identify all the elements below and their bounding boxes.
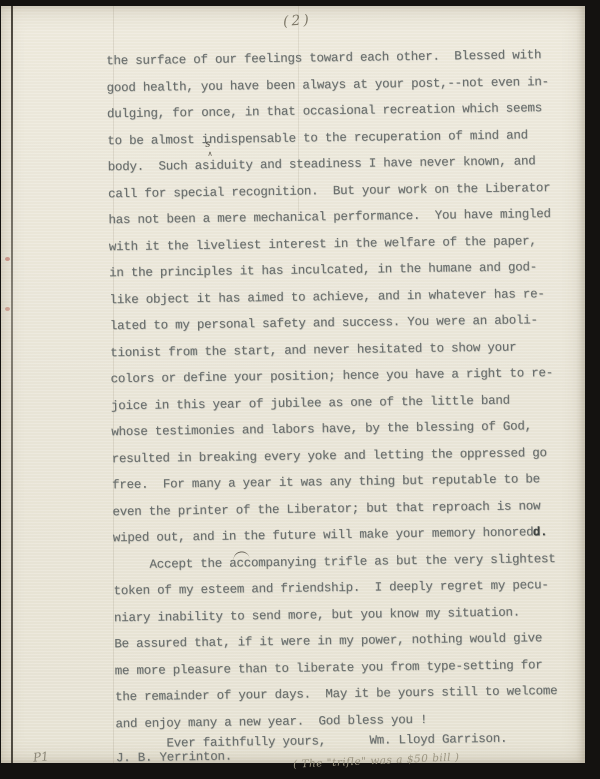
letter-body: the surface of our feelings toward each … xyxy=(106,42,578,768)
stain-mark xyxy=(5,307,10,311)
paper-edge-line xyxy=(11,6,13,763)
handwritten-insertion-s: s xyxy=(205,139,210,150)
handwritten-page-number: (2) xyxy=(282,12,312,30)
scan-background: { "colors": { "background": "#141210", "… xyxy=(0,0,600,779)
insertion-caret-mark: ∧ xyxy=(207,150,212,158)
pencil-mark: P1 xyxy=(32,749,49,765)
paper: (2) the surface of our feelings toward e… xyxy=(1,6,585,763)
stain-mark xyxy=(5,257,10,261)
overstruck-letter: d. xyxy=(533,519,548,546)
